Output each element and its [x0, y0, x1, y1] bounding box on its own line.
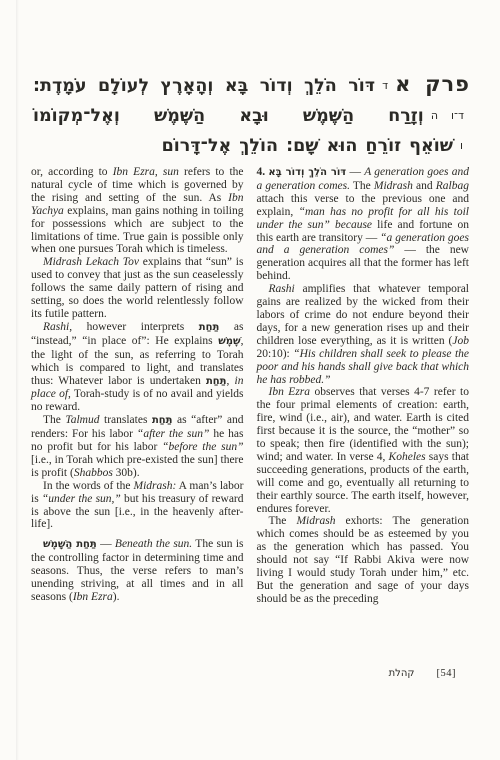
commentary-paragraph: תַּחַת הַשָּׁמֶשׁ — Beneath the sun. The… — [31, 538, 244, 604]
text-run: Beneath the sun. — [115, 538, 192, 550]
text-run: — — [346, 166, 364, 178]
text-run: 20:10): — [257, 348, 294, 360]
text-run: , — [227, 375, 235, 387]
text-run: 4. — [257, 166, 266, 178]
text-run: “after the sun” — [137, 428, 209, 440]
text-run: Rashi — [269, 283, 295, 295]
text-run: exhorts: The generation which comes shou… — [257, 515, 470, 604]
hebrew-term: תַּחַת — [152, 415, 173, 426]
verse-range-ref: ד־ו — [451, 109, 464, 122]
text-run: In the words of the — [43, 480, 133, 492]
text-run: Ibn Ezra — [269, 386, 311, 398]
commentary-columns: or, according to Ibn Ezra, sun refers to… — [31, 166, 469, 606]
text-run: Midrash Lekach Tov — [43, 256, 139, 268]
verse-text: וְזָרַח הַשֶּׁמֶשׁ וּבָא הַשֶּׁמֶשׁ וְאֶ… — [33, 106, 424, 126]
text-run: ). — [113, 591, 120, 603]
commentary-paragraph: Rashi, however interprets תַּחַת as “ins… — [31, 321, 244, 414]
hebrew-verse-line: ושׁוֹאֵף זוֹרֵחַ הוּא שָׁם: הוֹלֵךְ אֶל־… — [33, 132, 470, 162]
text-run: Midrash — [374, 180, 413, 192]
text-run: Rashi — [43, 321, 69, 333]
text-run: Midrash: — [133, 480, 176, 492]
hebrew-term: דּוֹר הֹלֵךְ וְדוֹר בָּא — [268, 167, 346, 178]
text-run: — — [97, 538, 115, 550]
hebrew-verse-block: פרק אדדּוֹר הֹלֵךְ וְדוֹר בָּא וְהָאָרֶץ… — [33, 70, 470, 162]
text-run: and — [413, 180, 436, 192]
text-run: Koheles — [389, 451, 426, 463]
text-run: translates — [99, 414, 151, 426]
text-run: Ibn Ezra — [113, 166, 155, 178]
hebrew-verse-line: ד־והוְזָרַח הַשֶּׁמֶשׁ וּבָא הַשֶּׁמֶשׁ … — [33, 102, 470, 132]
commentary-paragraph: In the words of the Midrash: A man’s lab… — [31, 480, 244, 532]
text-run: Ralbag — [436, 180, 469, 192]
chapter-heading: פרק א — [395, 72, 470, 96]
page-edge-shadow — [16, 0, 19, 760]
text-run: 30b). — [113, 467, 140, 479]
text-run: The — [350, 180, 374, 192]
text-run: Job — [452, 335, 469, 347]
text-run: , — [155, 166, 163, 178]
hebrew-term: שֶׁמֶשׁ — [218, 336, 240, 347]
page-number: [54] — [437, 668, 457, 679]
text-run: , however interprets — [69, 321, 199, 333]
text-run: Ibn Ezra — [73, 591, 113, 603]
commentary-paragraph: 4. דּוֹר הֹלֵךְ וְדוֹר בָּא — A generati… — [257, 166, 470, 283]
text-run: Midrash — [296, 515, 335, 527]
text-run: “under the sun,” — [42, 493, 121, 505]
text-run: The — [269, 515, 297, 527]
verse-text: שׁוֹאֵף זוֹרֵחַ הוּא שָׁם: הוֹלֵךְ אֶל־ד… — [162, 136, 453, 156]
commentary-paragraph: Ibn Ezra observes that verses 4-7 refer … — [257, 386, 470, 515]
commentary-paragraph: Midrash Lekach Tov explains that “sun” i… — [31, 256, 244, 321]
text-run: “before the sun” — [162, 441, 243, 453]
commentary-paragraph: The Talmud translates תַּחַת as “after” … — [31, 414, 244, 480]
verse-number: ה — [431, 109, 438, 122]
text-run: sun — [163, 166, 179, 178]
commentary-paragraph: Rashi amplifies that whatever temporal g… — [257, 283, 470, 386]
page-footer: קהלת [54] — [389, 668, 456, 679]
hebrew-verse-line: פרק אדדּוֹר הֹלֵךְ וְדוֹר בָּא וְהָאָרֶץ… — [33, 70, 470, 102]
right-column: 4. דּוֹר הֹלֵךְ וְדוֹר בָּא — A generati… — [257, 166, 470, 606]
verse-number: ו — [460, 139, 463, 152]
text-run: Shabbos — [74, 467, 113, 479]
hebrew-term: תַּחַת הַשָּׁמֶשׁ — [43, 539, 97, 550]
text-run: explains, man gains nothing in toiling f… — [31, 205, 244, 256]
book-title-hebrew: קהלת — [389, 668, 415, 679]
text-run: The — [43, 414, 65, 426]
commentary-paragraph: The Midrash exhorts: The generation whic… — [257, 515, 470, 605]
verse-number: ד — [382, 79, 388, 92]
verse-text: דּוֹר הֹלֵךְ וְדוֹר בָּא וְהָאָרֶץ לְעוֹ… — [33, 76, 375, 96]
commentary-paragraph: or, according to Ibn Ezra, sun refers to… — [31, 166, 244, 256]
hebrew-term: תַּחַת — [199, 322, 220, 333]
text-run: or, according to — [31, 166, 113, 178]
book-page: פרק אדדּוֹר הֹלֵךְ וְדוֹר בָּא וְהָאָרֶץ… — [0, 0, 500, 760]
left-column: or, according to Ibn Ezra, sun refers to… — [31, 166, 244, 606]
hebrew-term: תַּחַת — [206, 376, 227, 387]
text-run: Talmud — [65, 414, 99, 426]
